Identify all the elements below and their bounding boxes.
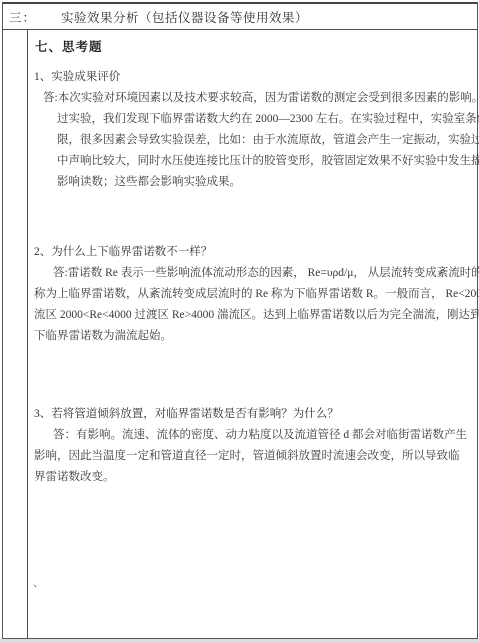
section-number: 三： [9,8,36,26]
document-page: 三： 实验效果分析（包括仪器设备等使用效果） 七、思考题 1、实验成果评价 答:… [0,0,479,643]
answer-line: 界雷诺数改变。 [33,467,479,488]
page-bottom-edge [0,639,479,643]
answer-line: 限，很多因素会导致实验误差，比如：由于水流原故，管道会产生一定振动，实验过程 [33,130,479,151]
answer-line: 影响，因此当温度一定和管道直径一定时，管道倾斜放置时流速会改变，所以导致临 [33,446,479,467]
question-title: 2、为什么上下临界雷诺数不一样？ [33,242,479,263]
answer-line: 答:本次实验对环境因素以及技术要求较高，因为雷诺数的测定会受到很多因素的影响。通 [33,88,479,109]
content-cell: 七、思考题 1、实验成果评价 答:本次实验对环境因素以及技术要求较高，因为雷诺数… [28,30,479,638]
answer-line: 流区 2000<Re<4000 过渡区 Re>4000 湍流区。达到上临界雷诺数… [33,305,479,326]
content-heading: 七、思考题 [35,39,479,55]
answer-line: 答:雷诺数 Re 表示一些影响流体流动形态的因素， Re=υρd/μ， 从层流转… [33,263,479,284]
question-block-1: 1、实验成果评价 答:本次实验对环境因素以及技术要求较高，因为雷诺数的测定会受到… [33,67,479,193]
report-table: 三： 实验效果分析（包括仪器设备等使用效果） 七、思考题 1、实验成果评价 答:… [2,2,478,639]
question-block-2: 2、为什么上下临界雷诺数不一样？ 答:雷诺数 Re 表示一些影响流体流动形态的因… [33,242,479,347]
answer-line: 称为上临界雷诺数，从紊流转变成层流时的 Re 称为下临界雷诺数 R。一般而言， … [33,284,479,305]
answer-line: 中声响比较大，同时水压使连接比压计的胶管变形，胶管固定效果不好实验中发生摇晃 [33,151,479,172]
question-block-3: 3、若将管道倾斜放置，对临界雷诺数是否有影响？为什么？ 答：有影响。流速、流体的… [33,404,479,488]
answer-line: 下临界雷诺数为湍流起始。 [33,326,479,347]
question-title: 3、若将管道倾斜放置，对临界雷诺数是否有影响？为什么？ [33,404,479,425]
section-title: 实验效果分析（包括仪器设备等使用效果） [61,8,308,26]
answer-line: 影响读数；这些都会影响实验成果。 [33,172,479,193]
question-title: 1、实验成果评价 [33,67,479,88]
answer-line: 过实验，我们发现下临界雷诺数大约在 2000—2300 左右。在实验过程中，实验… [33,109,479,130]
stray-mark: 、 [33,573,44,594]
section-header-row: 三： 实验效果分析（包括仪器设备等使用效果） [3,4,477,30]
table-body-row: 七、思考题 1、实验成果评价 答:本次实验对环境因素以及技术要求较高，因为雷诺数… [3,30,477,638]
answer-line: 答：有影响。流速、流体的密度、动力粘度以及流道管径 d 都会对临街雷诺数产生 [33,425,479,446]
left-margin-column [3,30,28,638]
